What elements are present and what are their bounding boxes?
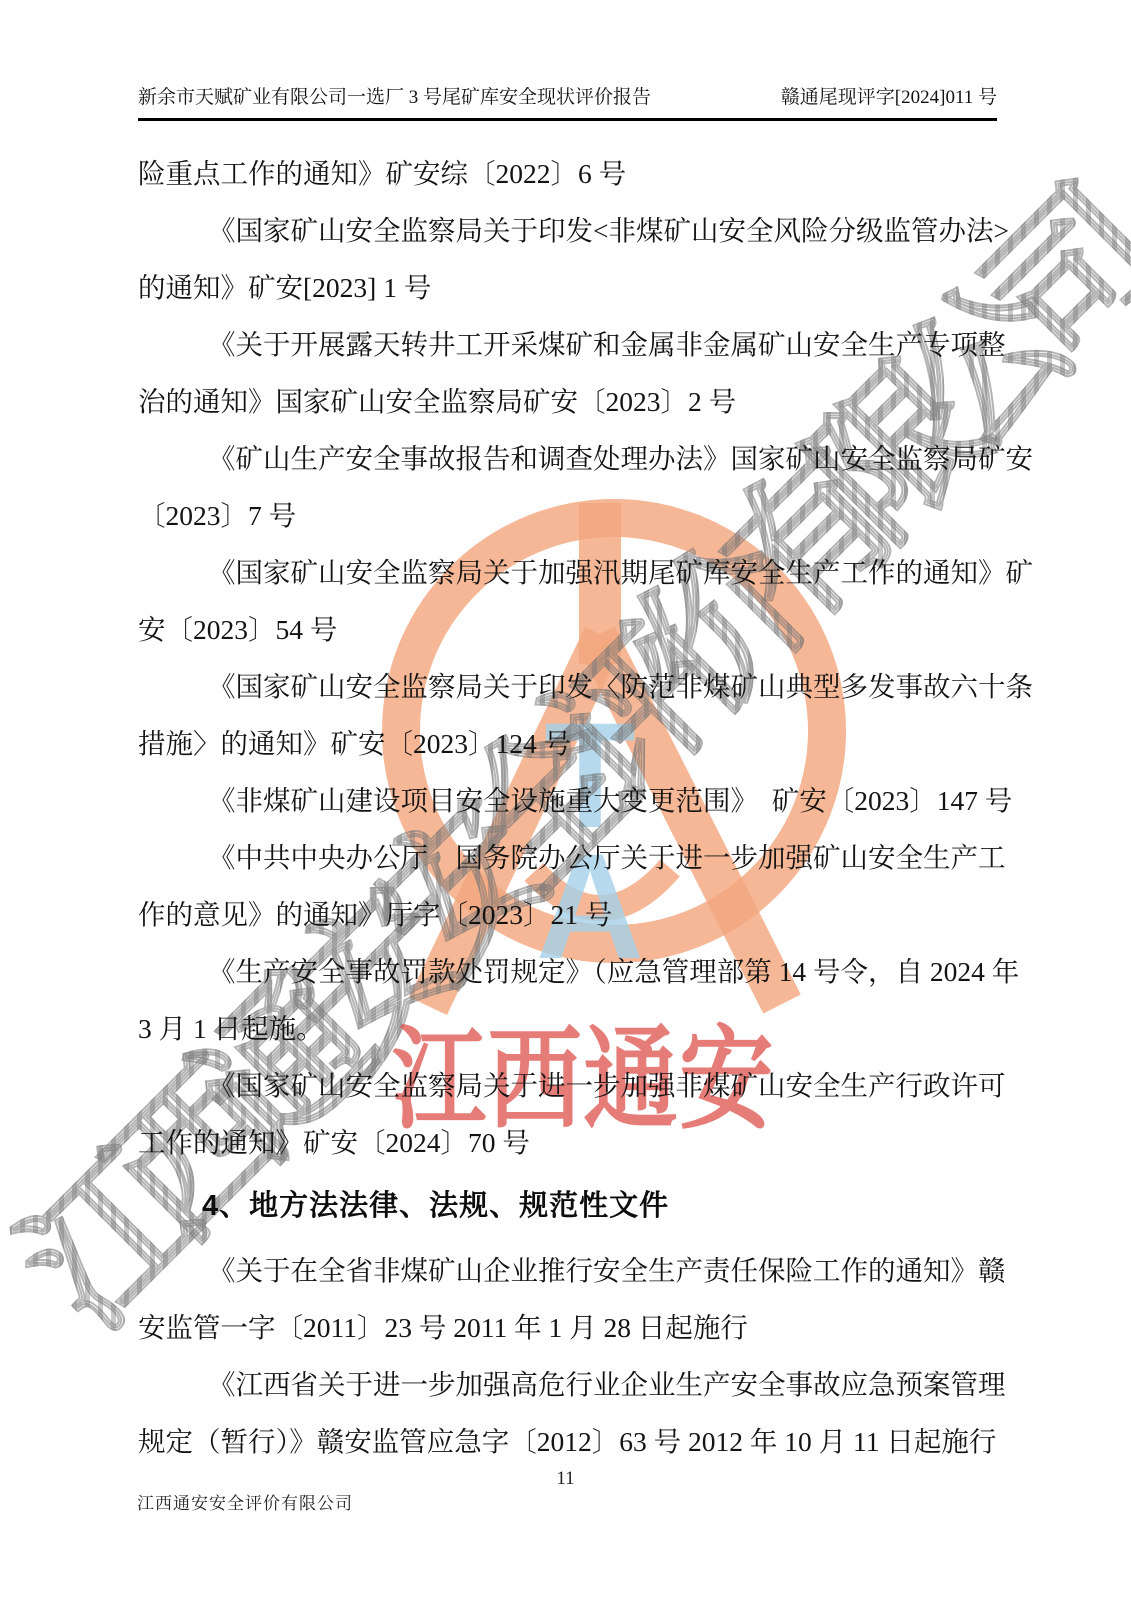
body-line: 工作的通知》矿安〔2024〕70 号 bbox=[138, 1114, 998, 1171]
document-page: T A 江西通安安全评价有限公司 江西通安 新余市天赋矿业有限公司一选厂 3 号… bbox=[0, 0, 1131, 1600]
body-line: 治的通知》国家矿山安全监察局矿安〔2023〕2 号 bbox=[138, 373, 998, 430]
header-report-title: 新余市天赋矿业有限公司一选厂 3 号尾矿库安全现状评价报告 bbox=[138, 82, 651, 109]
section-heading: 4、地方法法律、法规、规范性文件 bbox=[138, 1178, 998, 1235]
body-line: 《国家矿山安全监察局关于印发<非煤矿山安全风险分级监管办法> bbox=[138, 202, 998, 259]
header-doc-number: 赣通尾现评字[2024]011 号 bbox=[781, 82, 997, 109]
body-line: 3 月 1 日起施。 bbox=[138, 1000, 998, 1057]
body-line: 《关于开展露天转井工开采煤矿和金属非金属矿山安全生产专项整 bbox=[138, 316, 998, 373]
body-line: 《江西省关于进一步加强高危行业企业生产安全事故应急预案管理 bbox=[138, 1356, 998, 1413]
page-number: 11 bbox=[0, 1468, 1131, 1490]
body-line: 《矿山生产安全事故报告和调查处理办法》国家矿山安全监察局矿安 bbox=[138, 430, 998, 487]
footer-company-name: 江西通安安全评价有限公司 bbox=[137, 1489, 353, 1514]
body-line: 险重点工作的通知》矿安综〔2022〕6 号 bbox=[138, 145, 998, 202]
body-line: 《非煤矿山建设项目安全设施重大变更范围》 矿安〔2023〕147 号 bbox=[138, 772, 998, 829]
body-line: 安〔2023〕54 号 bbox=[138, 601, 998, 658]
body-line: 的通知》矿安[2023] 1 号 bbox=[138, 259, 998, 316]
body-line: 《国家矿山安全监察局关于印发〈防范非煤矿山典型多发事故六十条 bbox=[138, 658, 998, 715]
body-line: 规定（暂行）》赣安监管应急字〔2012〕63 号 2012 年 10 月 11 … bbox=[138, 1413, 998, 1470]
body-line: 《国家矿山安全监察局关于加强汛期尾矿库安全生产工作的通知》矿 bbox=[138, 544, 998, 601]
body-line: 《中共中央办公厅 国务院办公厅关于进一步加强矿山安全生产工 bbox=[138, 829, 998, 886]
body-line: 《关于在全省非煤矿山企业推行安全生产责任保险工作的通知》赣 bbox=[138, 1242, 998, 1299]
body-line: 〔2023〕7 号 bbox=[138, 487, 998, 544]
body-line: 措施〉的通知》矿安〔2023〕124 号 bbox=[138, 715, 998, 772]
body-line: 作的意见》的通知》厅字〔2023〕21 号 bbox=[138, 886, 998, 943]
body-line: 《国家矿山安全监察局关于进一步加强非煤矿山安全生产行政许可 bbox=[138, 1057, 998, 1114]
body-line: 《生产安全事故罚款处罚规定》（应急管理部第 14 号令，自 2024 年 bbox=[138, 943, 998, 1000]
page-header: 新余市天赋矿业有限公司一选厂 3 号尾矿库安全现状评价报告 赣通尾现评字[202… bbox=[138, 82, 997, 121]
body-line: 安监管一字〔2011〕23 号 2011 年 1 月 28 日起施行 bbox=[138, 1299, 998, 1356]
body-text: 险重点工作的通知》矿安综〔2022〕6 号《国家矿山安全监察局关于印发<非煤矿山… bbox=[138, 145, 998, 1470]
